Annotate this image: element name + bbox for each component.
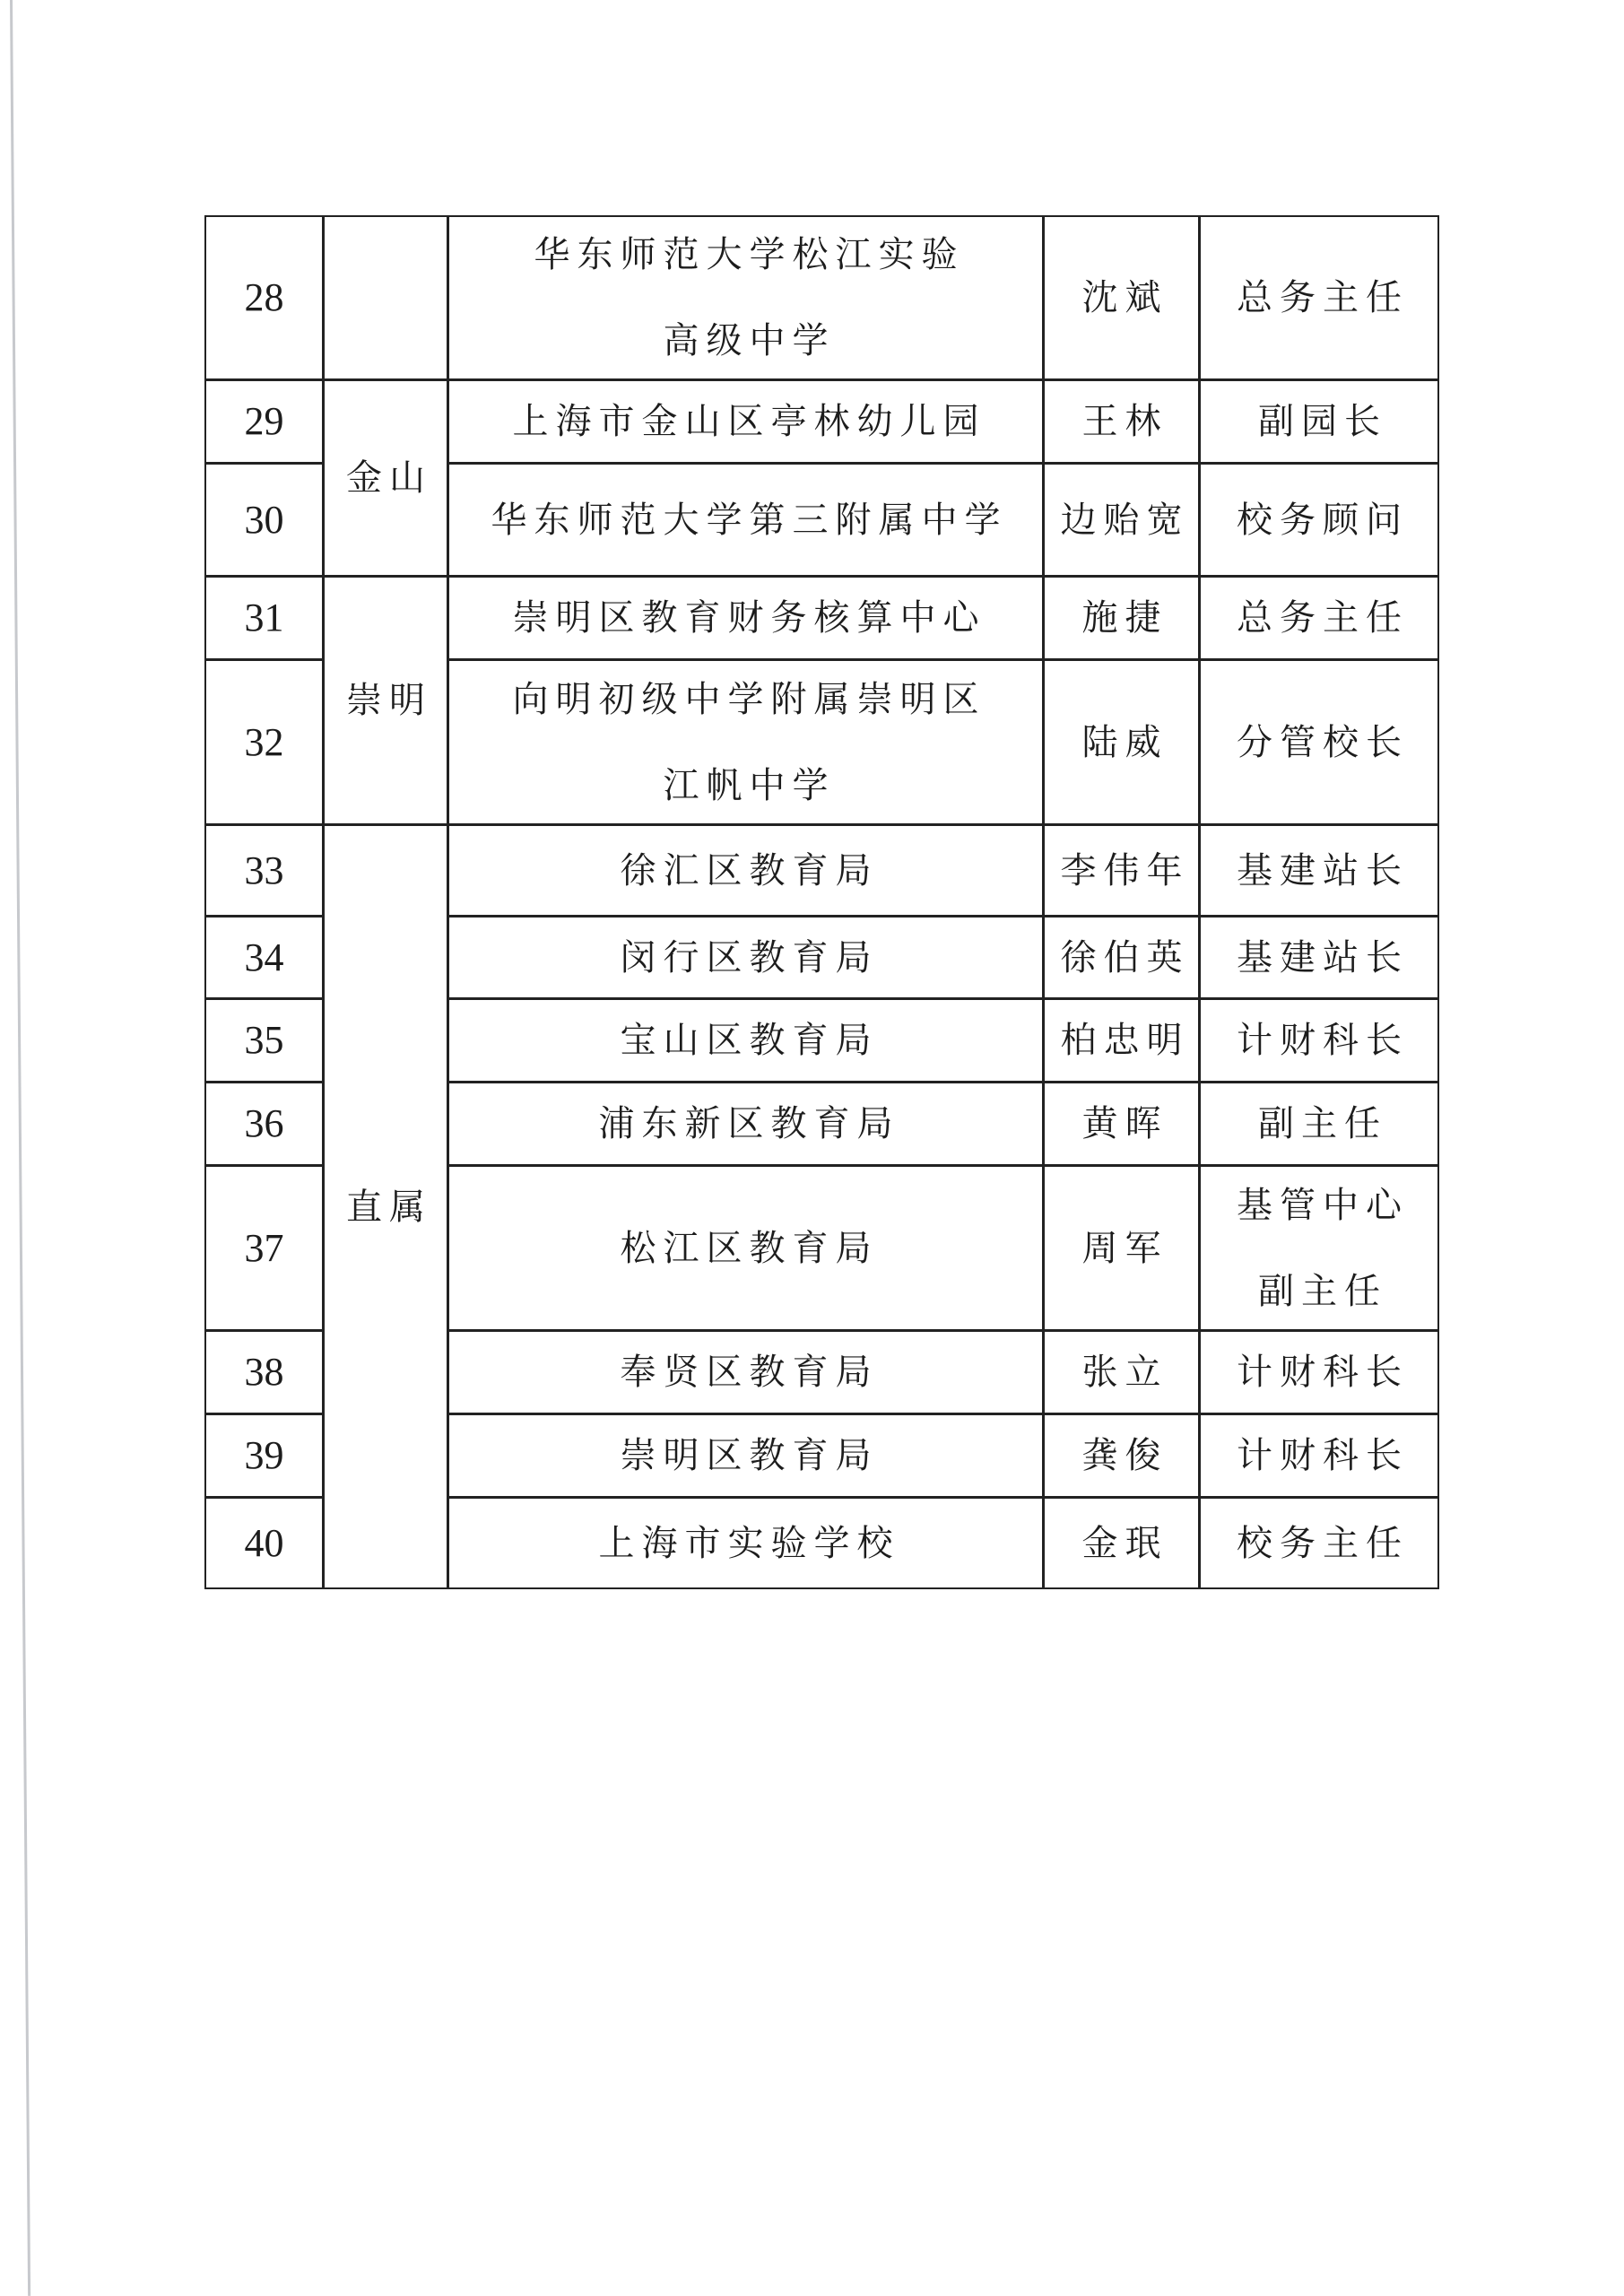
org-name: 徐汇区教育局 [613,828,879,914]
table-cell-org: 闵行区教育局 [447,916,1044,999]
table-cell-name: 柏忠明 [1043,998,1200,1083]
org-name: 宝山区教育局 [613,997,879,1083]
row-number: 28 [245,255,284,341]
row-number: 39 [245,1413,284,1499]
person-name: 施捷 [1075,575,1168,661]
row-number: 33 [245,828,284,914]
person-name: 金珉 [1075,1500,1168,1587]
district-label: 崇明 [339,657,432,744]
person-name: 边贻宽 [1054,477,1190,563]
table-cell-no: 28 [204,215,324,380]
table-cell-position: 计财科长 [1199,1413,1439,1498]
position-title: 计财科长 [1229,1329,1409,1415]
org-line-1: 华东师范大学松江实验 [527,212,965,298]
person-name: 周军 [1075,1205,1168,1291]
table-cell-no: 34 [204,916,324,999]
position-title: 副主任 [1251,1081,1387,1167]
table-cell-district: 金山 [323,379,448,577]
table-cell-org: 上海市金山区亭林幼儿园 [447,379,1044,464]
row-number: 29 [245,378,284,465]
district-label: 金山 [339,435,432,521]
table-cell-name: 边贻宽 [1043,463,1200,577]
person-name: 柏忠明 [1054,997,1190,1083]
table-cell-position: 校务顾问 [1199,463,1439,577]
position-title: 基建站长 [1229,828,1409,914]
table-cell-no: 40 [204,1497,324,1589]
table-cell-org: 崇明区教育局 [447,1413,1044,1498]
table-cell-district: 崇明 [323,576,448,825]
position-line-1: 基管中心 [1229,1162,1409,1248]
table-cell-org: 崇明区教育财务核算中心 [447,576,1044,660]
position-title: 计财科长 [1229,997,1409,1083]
person-name: 张立 [1075,1329,1168,1415]
table-cell-no: 30 [204,463,324,577]
org-name: 崇明区教育财务核算中心 [506,575,986,661]
table-cell-position: 总务主任 [1199,576,1439,660]
personnel-table: 28 华东师范大学松江实验 高级中学 沈斌 总务主任 金山 29 上海市金山区亭… [0,0,1624,2296]
table-cell-org: 向明初级中学附属崇明区 江帆中学 [447,659,1044,825]
org-line-1: 向明初级中学附属崇明区 [506,657,986,743]
table-cell-org: 上海市实验学校 [447,1497,1044,1589]
row-number: 30 [245,477,284,563]
person-name: 王林 [1075,378,1168,465]
table-cell-position: 基建站长 [1199,916,1439,999]
row-number: 34 [245,915,284,1001]
table-cell-no: 37 [204,1165,324,1331]
table-cell-position: 计财科长 [1199,998,1439,1083]
table-cell-position: 分管校长 [1199,659,1439,825]
table-cell-position: 计财科长 [1199,1330,1439,1414]
district-label: 直属 [339,1164,432,1250]
table-cell-name: 徐伯英 [1043,916,1200,999]
table-cell-no: 38 [204,1330,324,1414]
org-line-2: 高级中学 [656,298,836,384]
table-cell-no: 32 [204,659,324,825]
org-name: 崇明区教育局 [613,1413,879,1499]
table-cell-no: 36 [204,1082,324,1166]
table-cell-position: 校务主任 [1199,1497,1439,1589]
person-name: 龚俊 [1075,1413,1168,1499]
row-number: 37 [245,1205,284,1291]
table-cell-position: 基管中心 副主任 [1199,1165,1439,1331]
table-cell-org: 宝山区教育局 [447,998,1044,1083]
row-number: 38 [245,1329,284,1415]
person-name: 黄晖 [1075,1081,1168,1167]
position-title: 副园长 [1251,378,1387,465]
table-cell-org: 浦东新区教育局 [447,1082,1044,1166]
position-title: 总务主任 [1229,575,1409,661]
position-title: 总务主任 [1229,255,1409,341]
table-cell-org: 奉贤区教育局 [447,1330,1044,1414]
row-number: 36 [245,1081,284,1167]
org-name: 上海市金山区亭林幼儿园 [506,378,986,465]
row-number: 35 [245,997,284,1083]
table-cell-name: 沈斌 [1043,215,1200,380]
person-name: 徐伯英 [1054,915,1190,1001]
org-name: 奉贤区教育局 [613,1329,879,1415]
row-number: 32 [245,700,284,786]
table-cell-org: 华东师范大学松江实验 高级中学 [447,215,1044,380]
table-cell-name: 龚俊 [1043,1413,1200,1498]
position-line-2: 副主任 [1251,1248,1387,1335]
table-cell-position: 副园长 [1199,379,1439,464]
org-name: 闵行区教育局 [613,915,879,1001]
position-title: 校务顾问 [1229,477,1409,563]
person-name: 李伟年 [1054,828,1190,914]
person-name: 陆威 [1075,700,1168,786]
table-cell-name: 陆威 [1043,659,1200,825]
table-cell-position: 基建站长 [1199,824,1439,917]
position-title: 分管校长 [1229,700,1409,786]
table-cell-org: 松江区教育局 [447,1165,1044,1331]
table-cell-name: 金珉 [1043,1497,1200,1589]
table-cell-district [323,215,448,380]
table-cell-no: 33 [204,824,324,917]
position-title: 计财科长 [1229,1413,1409,1499]
table-cell-position: 副主任 [1199,1082,1439,1166]
org-line-2: 江帆中学 [656,743,836,829]
table-cell-district: 直属 [323,824,448,1589]
position-title: 基建站长 [1229,915,1409,1001]
table-cell-name: 黄晖 [1043,1082,1200,1166]
table-cell-name: 张立 [1043,1330,1200,1414]
table-cell-org: 徐汇区教育局 [447,824,1044,917]
table-cell-no: 39 [204,1413,324,1498]
table-cell-position: 总务主任 [1199,215,1439,380]
position-title: 校务主任 [1229,1500,1409,1587]
table-cell-no: 29 [204,379,324,464]
org-name: 松江区教育局 [613,1205,879,1291]
person-name: 沈斌 [1075,255,1168,341]
table-cell-name: 施捷 [1043,576,1200,660]
row-number: 31 [245,575,284,661]
table-cell-name: 李伟年 [1043,824,1200,917]
table-cell-no: 35 [204,998,324,1083]
table-cell-no: 31 [204,576,324,660]
org-name: 华东师范大学第三附属中学 [484,477,1008,563]
org-name: 上海市实验学校 [592,1500,900,1587]
table-cell-name: 周军 [1043,1165,1200,1331]
table-cell-name: 王林 [1043,379,1200,464]
org-name: 浦东新区教育局 [592,1081,900,1167]
table-cell-org: 华东师范大学第三附属中学 [447,463,1044,577]
row-number: 40 [245,1500,284,1587]
